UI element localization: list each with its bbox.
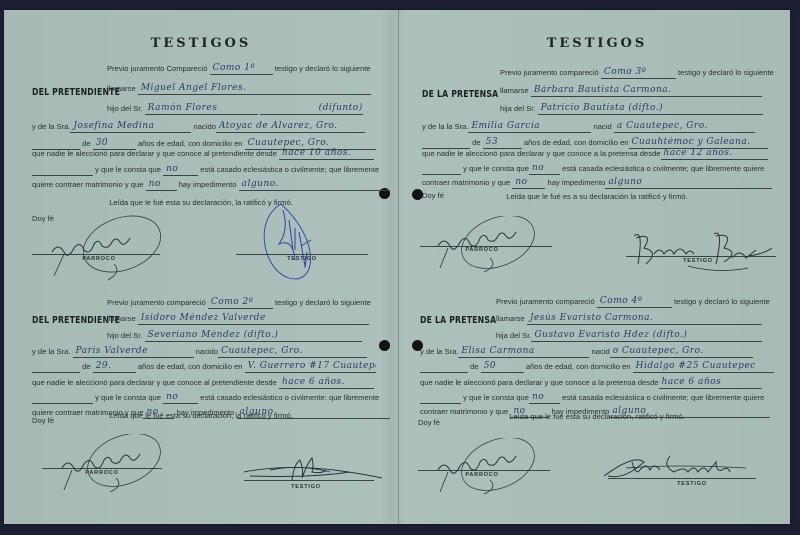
blank-field	[32, 164, 93, 176]
page-title: TESTIGOS	[4, 36, 398, 51]
closing-statement: Leída que le fué esta su declaración, ra…	[400, 412, 794, 421]
nacido-field: Atoyac de Alvarez, Gro.	[216, 121, 365, 133]
consta-field: no	[163, 392, 198, 404]
label: está casada eclesiástica o civilmente; q…	[562, 393, 764, 402]
label: llamarse	[107, 84, 136, 93]
nacido-field: o Cuautepec, Gro.	[610, 346, 753, 358]
page-title: TESTIGOS	[400, 36, 794, 51]
label: hay impedimento	[179, 180, 237, 189]
comparecio-field: Como 2º	[208, 297, 273, 309]
label: hay impedimento	[547, 178, 605, 187]
testigo-signature	[240, 454, 385, 486]
blank-field	[420, 392, 461, 404]
conoce-desde-field: hace 6 años.	[279, 377, 374, 389]
label: que nadie le aleccionó para declarar y q…	[420, 378, 659, 387]
impedimento-neg-field: no	[146, 179, 177, 191]
label: años de edad, con domicilio en	[138, 362, 243, 371]
madre-field: París Valverde	[73, 346, 194, 358]
role-label: DE LA PRETENSA	[420, 315, 496, 326]
nacido-field: Cuautepec, Gro.	[218, 346, 367, 358]
label: años de edad, con domicilio en	[524, 138, 629, 147]
comparecio-field: Como 1º	[210, 63, 273, 75]
label: está casado eclesiástico o civilmente: q…	[200, 393, 379, 402]
label: está casada eclesiástica o civilmente; q…	[562, 164, 764, 173]
consta-field: no	[163, 164, 198, 176]
label: y de la Sra.	[32, 122, 70, 131]
closing-statement: Leída que le fué esta su declaración, la…	[4, 198, 398, 207]
label: y que le consta que	[95, 393, 161, 402]
label: Previo juramento compareció	[500, 68, 599, 77]
blank-field	[32, 392, 93, 404]
llamarse-field: Jesús Evaristo Carmona.	[527, 313, 762, 325]
closing-statement: Leída que le fué esta su declaración, la…	[4, 411, 398, 420]
page-fold	[398, 10, 399, 524]
madre-field: Elisa Carmona	[458, 346, 589, 358]
label: llamarse	[107, 314, 136, 323]
label: contraer matrimonio y que	[422, 178, 510, 187]
label: nacid	[592, 347, 610, 356]
blank-field	[420, 361, 468, 373]
label: Previo juramento compareció	[496, 297, 595, 306]
testigo-signature	[628, 226, 778, 276]
label: nacido	[196, 347, 218, 356]
impedimento-field: alguno	[605, 177, 772, 189]
doy-fe-label: Doy fé	[422, 191, 444, 200]
domicilio-field: V. Guerrero #17 Cuautepec	[245, 361, 376, 373]
label: que nadie le aleccionó para declarar y q…	[422, 149, 661, 158]
comparecio-field: Como 4º	[597, 296, 672, 308]
label: nacido	[194, 122, 216, 131]
label: años de edad, con domicilio en	[526, 362, 631, 371]
label: y de la la Sra.	[422, 122, 468, 131]
label: testigo y declaró lo siguiente	[674, 297, 770, 306]
label: de	[82, 362, 90, 371]
label: y que le consta que	[463, 393, 529, 402]
edad-field: 50	[481, 361, 524, 373]
label: que nadie le aleccionó para declarar y q…	[32, 378, 277, 387]
conoce-desde-field: hace 6 años	[659, 377, 762, 389]
padre-extra-field: (difunto)	[260, 103, 363, 115]
padre-field: Severiano Méndez (difto.)	[145, 330, 362, 342]
consta-field: no	[529, 163, 560, 175]
label: está casado eclesiástica o civilmente; q…	[200, 165, 379, 174]
padre-field: Patricio Bautista (difto.)	[538, 103, 763, 115]
label: testigo y declaró lo siguiente	[275, 64, 371, 73]
label: quiere contraer matrimonio y que	[32, 180, 143, 189]
label: Previo juramento compareció	[107, 298, 206, 307]
label: de	[470, 362, 478, 371]
label: y que le consta que	[95, 165, 161, 174]
right-page: TESTIGOS Previo juramento compareció Com…	[400, 10, 794, 524]
parroco-signature	[54, 434, 174, 500]
label: llamarse	[496, 314, 525, 323]
llamarse-field: Bárbara Bautista Carmona.	[531, 85, 762, 97]
label: y de la Sra.	[420, 347, 458, 356]
madre-field: Josefina Medina	[70, 121, 191, 133]
nacido-field: a Cuautepec, Gro.	[614, 121, 755, 133]
label: Previo juramento Compareció	[107, 64, 207, 73]
label: testigo y declaró lo siguiente	[275, 298, 371, 307]
parroco-signature	[44, 214, 174, 284]
label: de	[472, 138, 480, 147]
parroco-signature	[428, 438, 548, 504]
domicilio-field: Hidalgo #25 Cuautepec	[633, 361, 774, 373]
label: y de la Sra.	[32, 347, 70, 356]
impedimento-neg-field: no	[512, 177, 545, 189]
padre-field: Ramón Flores	[145, 103, 258, 115]
comparecio-field: Como 3º	[601, 67, 676, 79]
llamarse-field: Miguel Angel Flores.	[138, 83, 371, 95]
label: testigo y declaró lo siguiente	[678, 68, 774, 77]
label: nacid	[594, 122, 612, 131]
madre-field: Emilia García	[468, 121, 591, 133]
label: que nadie le aleccionó para declarar y q…	[32, 149, 277, 158]
conoce-desde-field: hace 12 años.	[661, 148, 768, 160]
edad-field: 29.	[93, 361, 136, 373]
closing-statement: Leída que le fué es a su declaración la …	[400, 192, 794, 201]
parroco-signature	[430, 216, 550, 282]
blank-field	[422, 163, 461, 175]
label: hija del Sr.	[500, 104, 535, 113]
testigo-signature	[596, 450, 746, 486]
label: hijo del Sr.	[107, 331, 142, 340]
left-page: TESTIGOS Previo juramento Compareció Com…	[4, 10, 398, 524]
conoce-desde-field: hace 10 años.	[279, 148, 374, 160]
role-label: DE LA PRETENSA	[422, 89, 498, 100]
padre-field: Gustavo Evaristo Hdez (difto.)	[531, 330, 762, 342]
blank-field	[32, 361, 80, 373]
consta-field: no	[529, 392, 560, 404]
label: hija del Sr.	[496, 331, 531, 340]
label: y que le consta que	[463, 164, 529, 173]
label: llamarse	[500, 86, 529, 95]
testigo-signature	[259, 200, 334, 290]
llamarse-field: Isidoro Méndez Valverde	[138, 313, 369, 325]
doy-fe-label: Doy fé	[32, 416, 54, 425]
impedimento-field: alguno.	[239, 179, 390, 191]
doy-fe-label: Doy fé	[418, 418, 440, 427]
label: hijo del Sr.	[107, 104, 142, 113]
